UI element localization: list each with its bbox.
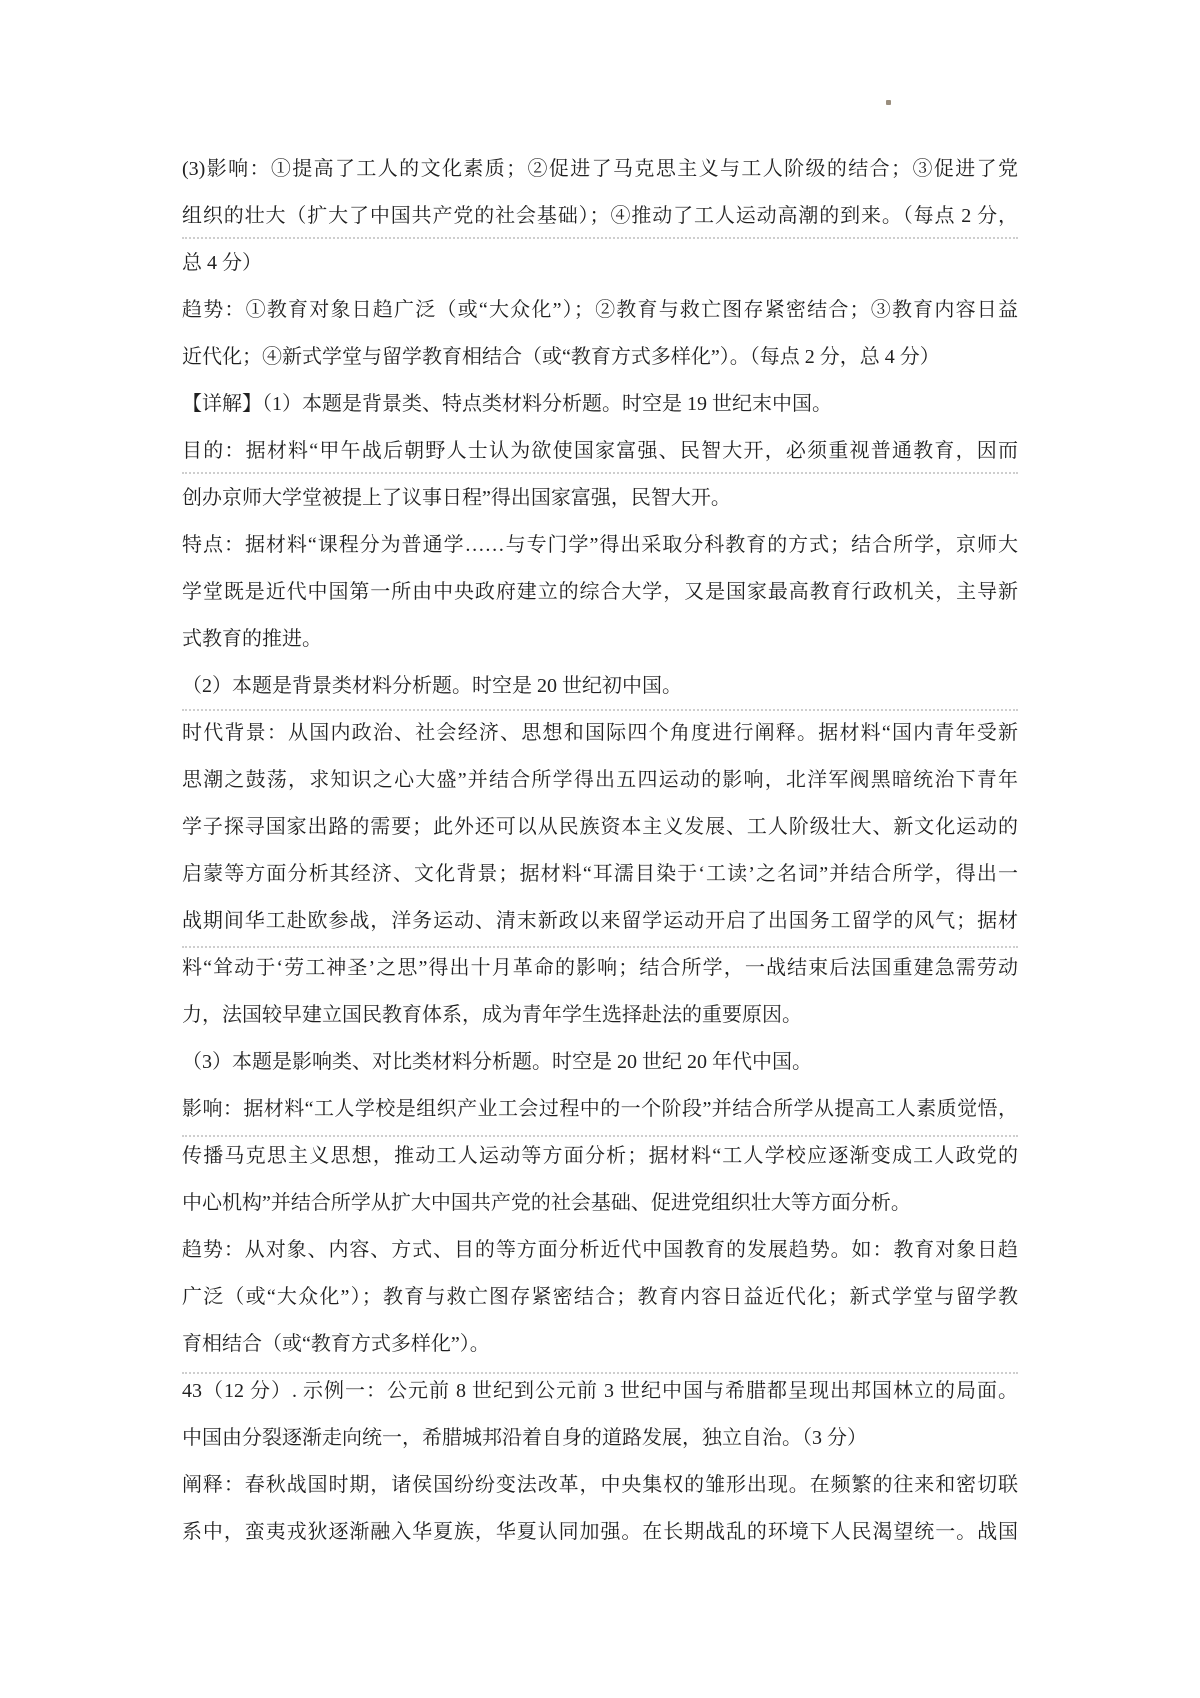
text-line: 总 4 分） (182, 240, 1018, 287)
text-line: 中心机构”并结合所学从扩大中国共产党的社会基础、促进党组织壮大等方面分析。 (182, 1180, 1018, 1227)
text-line: (3)影响：①提高了工人的文化素质；②促进了马克思主义与工人阶级的结合；③促进了… (182, 146, 1018, 193)
text-line: 特点：据材料“课程分为普通学……与专门学”得出采取分科教育的方式；结合所学，京师… (182, 522, 1018, 569)
text-line: 时代背景：从国内政治、社会经济、思想和国际四个角度进行阐释。据材料“国内青年受新 (182, 710, 1018, 757)
paragraph-detail-heading-2: （2）本题是背景类材料分析题。时空是 20 世纪初中国。 (182, 663, 1018, 710)
text-line: 传播马克思主义思想，推动工人运动等方面分析；据材料“工人学校应逐渐变成工人政党的 (182, 1133, 1018, 1180)
text-line: 育相结合（或“教育方式多样化”）。 (182, 1321, 1018, 1368)
paragraph-detail-2-background: 时代背景：从国内政治、社会经济、思想和国际四个角度进行阐释。据材料“国内青年受新… (182, 710, 1018, 1039)
paragraph-detail-3-impact: 影响：据材料“工人学校是组织产业工会过程中的一个阶段”并结合所学从提高工人素质觉… (182, 1086, 1018, 1227)
text-line: 式教育的推进。 (182, 616, 1018, 663)
text-line: 组织的壮大（扩大了中国共产党的社会基础）；④推动了工人运动高潮的到来。（每点 2… (182, 193, 1018, 240)
text-line: 趋势：从对象、内容、方式、目的等方面分析近代中国教育的发展趋势。如：教育对象日趋 (182, 1227, 1018, 1274)
paragraph-answer-q3-impact: (3)影响：①提高了工人的文化素质；②促进了马克思主义与工人阶级的结合；③促进了… (182, 146, 1018, 287)
text-line: 阐释：春秋战国时期，诸侯国纷纷变法改革，中央集权的雏形出现。在频繁的往来和密切联 (182, 1462, 1018, 1509)
text-line: 启蒙等方面分析其经济、文化背景；据材料“耳濡目染于‘工读’之名词”并结合所学，得… (182, 851, 1018, 898)
document-page: (3)影响：①提高了工人的文化素质；②促进了马克思主义与工人阶级的结合；③促进了… (0, 0, 1200, 1698)
text-line: （2）本题是背景类材料分析题。时空是 20 世纪初中国。 (182, 663, 1018, 710)
text-line: 思潮之鼓荡，求知识之心大盛”并结合所学得出五四运动的影响，北洋军阀黑暗统治下青年 (182, 757, 1018, 804)
text-line: 中国由分裂逐渐走向统一，希腊城邦沿着自身的道路发展，独立自治。（3 分） (182, 1415, 1018, 1462)
paragraph-answer-q3-trend: 趋势：①教育对象日趋广泛（或“大众化”）；②教育与救亡图存紧密结合；③教育内容日… (182, 287, 1018, 381)
paragraph-detail-3-trend: 趋势：从对象、内容、方式、目的等方面分析近代中国教育的发展趋势。如：教育对象日趋… (182, 1227, 1018, 1368)
text-line: 影响：据材料“工人学校是组织产业工会过程中的一个阶段”并结合所学从提高工人素质觉… (182, 1086, 1018, 1133)
text-line: 趋势：①教育对象日趋广泛（或“大众化”）；②教育与救亡图存紧密结合；③教育内容日… (182, 287, 1018, 334)
paragraph-detail-heading-3: （3）本题是影响类、对比类材料分析题。时空是 20 世纪 20 年代中国。 (182, 1039, 1018, 1086)
text-line: 目的：据材料“甲午战后朝野人士认为欲使国家富强、民智大开，必须重视普通教育，因而 (182, 428, 1018, 475)
paragraph-detail-1-features: 特点：据材料“课程分为普通学……与专门学”得出采取分科教育的方式；结合所学，京师… (182, 522, 1018, 663)
text-line: 力，法国较早建立国民教育体系，成为青年学生选择赴法的重要原因。 (182, 992, 1018, 1039)
text-line: 广泛（或“大众化”）；教育与救亡图存紧密结合；教育内容日益近代化；新式学堂与留学… (182, 1274, 1018, 1321)
paragraph-detail-1-purpose: 目的：据材料“甲午战后朝野人士认为欲使国家富强、民智大开，必须重视普通教育，因而… (182, 428, 1018, 522)
paragraph-question-43-explanation: 阐释：春秋战国时期，诸侯国纷纷变法改革，中央集权的雏形出现。在频繁的往来和密切联… (182, 1462, 1018, 1556)
text-line: 战期间华工赴欧参战，洋务运动、清末新政以来留学运动开启了出国务工留学的风气；据材 (182, 898, 1018, 945)
text-line: （3）本题是影响类、对比类材料分析题。时空是 20 世纪 20 年代中国。 (182, 1039, 1018, 1086)
text-line: 料“耸动于‘劳工神圣’之思”得出十月革命的影响；结合所学，一战结束后法国重建急需… (182, 945, 1018, 992)
paragraph-question-43-example: 43（12 分）. 示例一：公元前 8 世纪到公元前 3 世纪中国与希腊都呈现出… (182, 1368, 1018, 1462)
document-body: (3)影响：①提高了工人的文化素质；②促进了马克思主义与工人阶级的结合；③促进了… (182, 146, 1018, 1556)
page-speck-artifact (886, 100, 891, 105)
text-line: 创办京师大学堂被提上了议事日程”得出国家富强，民智大开。 (182, 475, 1018, 522)
text-line: 学堂既是近代中国第一所由中央政府建立的综合大学，又是国家最高教育行政机关，主导新 (182, 569, 1018, 616)
paragraph-detail-heading-1: 【详解】（1）本题是背景类、特点类材料分析题。时空是 19 世纪末中国。 (182, 381, 1018, 428)
text-line: 系中，蛮夷戎狄逐渐融入华夏族，华夏认同加强。在长期战乱的环境下人民渴望统一。战国 (182, 1509, 1018, 1556)
text-line: 43（12 分）. 示例一：公元前 8 世纪到公元前 3 世纪中国与希腊都呈现出… (182, 1368, 1018, 1415)
text-line: 【详解】（1）本题是背景类、特点类材料分析题。时空是 19 世纪末中国。 (182, 381, 1018, 428)
text-line: 学子探寻国家出路的需要；此外还可以从民族资本主义发展、工人阶级壮大、新文化运动的 (182, 804, 1018, 851)
text-line: 近代化；④新式学堂与留学教育相结合（或“教育方式多样化”）。（每点 2 分，总 … (182, 334, 1018, 381)
